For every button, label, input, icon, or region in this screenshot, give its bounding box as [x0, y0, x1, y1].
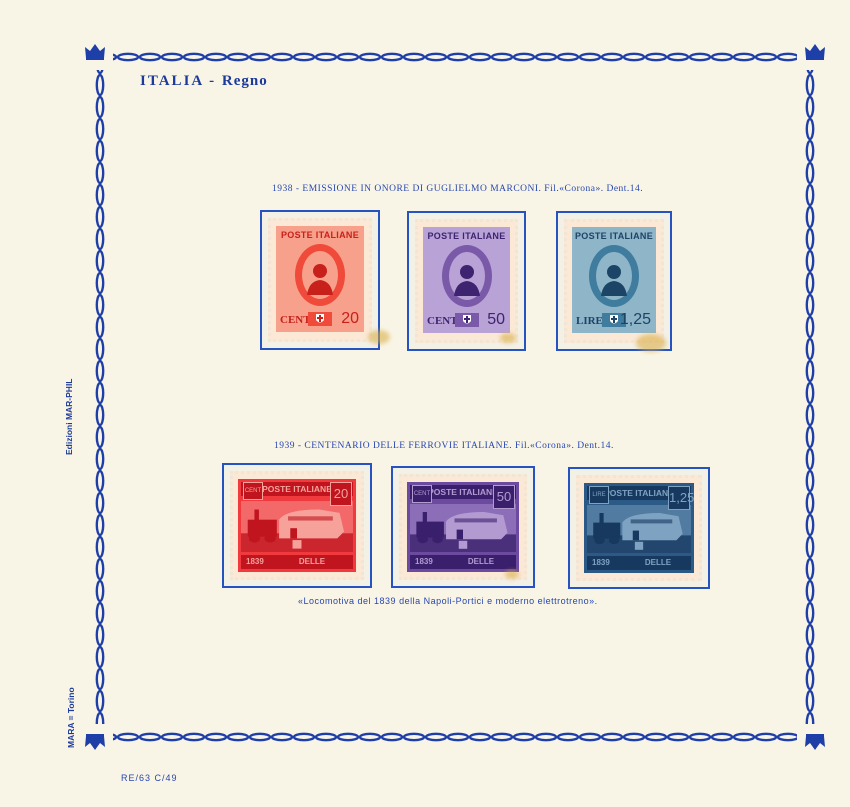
- stain-mark: [368, 330, 390, 344]
- perforation: [415, 219, 518, 343]
- page-code: RE/63 C/49: [121, 773, 178, 783]
- perforation: [399, 474, 527, 580]
- ornamental-border: [95, 52, 815, 742]
- perforation: [268, 218, 372, 342]
- stain-mark: [505, 570, 519, 579]
- page-title: ITALIA - Regno: [140, 73, 268, 90]
- set-note-ferrovie: «Locomotiva del 1839 della Napoli-Portic…: [298, 596, 598, 606]
- set-caption-marconi: 1938 - EMISSIONE IN ONORE DI GUGLIELMO M…: [272, 184, 643, 194]
- publisher-label: Edizioni MAR-PHIL: [64, 379, 74, 456]
- stamp-mount: POSTE ITALIANECENT.50: [407, 211, 526, 351]
- stamp[interactable]: POSTE ITALIANELIRE1,251839 CENTENARIODEL…: [576, 475, 702, 581]
- title-separator: -: [203, 73, 222, 89]
- stamp[interactable]: POSTE ITALIANECENT201839 CENTENARIODELLE…: [230, 471, 364, 580]
- stamp-mount: POSTE ITALIANECENT201839 CENTENARIODELLE…: [222, 463, 372, 588]
- rope-border-svg: [95, 52, 815, 742]
- stamp-mount: POSTE ITALIANELIRE1,25: [556, 211, 672, 351]
- crown-icon: [803, 40, 827, 62]
- stain-mark: [636, 334, 666, 352]
- stamp[interactable]: POSTE ITALIANECENT.50: [415, 219, 518, 343]
- crown-icon: [803, 732, 827, 754]
- page-subtitle: Regno: [222, 73, 268, 89]
- crown-icon: [83, 40, 107, 62]
- stamp-mount: POSTE ITALIANECENT.20: [260, 210, 380, 350]
- stamp-mount: POSTE ITALIANELIRE1,251839 CENTENARIODEL…: [568, 467, 710, 589]
- crown-icon: [83, 732, 107, 754]
- perforation: [576, 475, 702, 581]
- country-name: ITALIA: [140, 73, 203, 89]
- perforation: [564, 219, 664, 343]
- set-caption-ferrovie: 1939 - CENTENARIO DELLE FERROVIE ITALIAN…: [274, 441, 614, 451]
- imprint-label: MARA = Torino: [66, 687, 76, 748]
- perforation: [230, 471, 364, 580]
- stain-mark: [500, 333, 516, 343]
- stamp[interactable]: POSTE ITALIANELIRE1,25: [564, 219, 664, 343]
- stamp[interactable]: POSTE ITALIANECENT501839 CENTENARIODELLE…: [399, 474, 527, 580]
- stamp[interactable]: POSTE ITALIANECENT.20: [268, 218, 372, 342]
